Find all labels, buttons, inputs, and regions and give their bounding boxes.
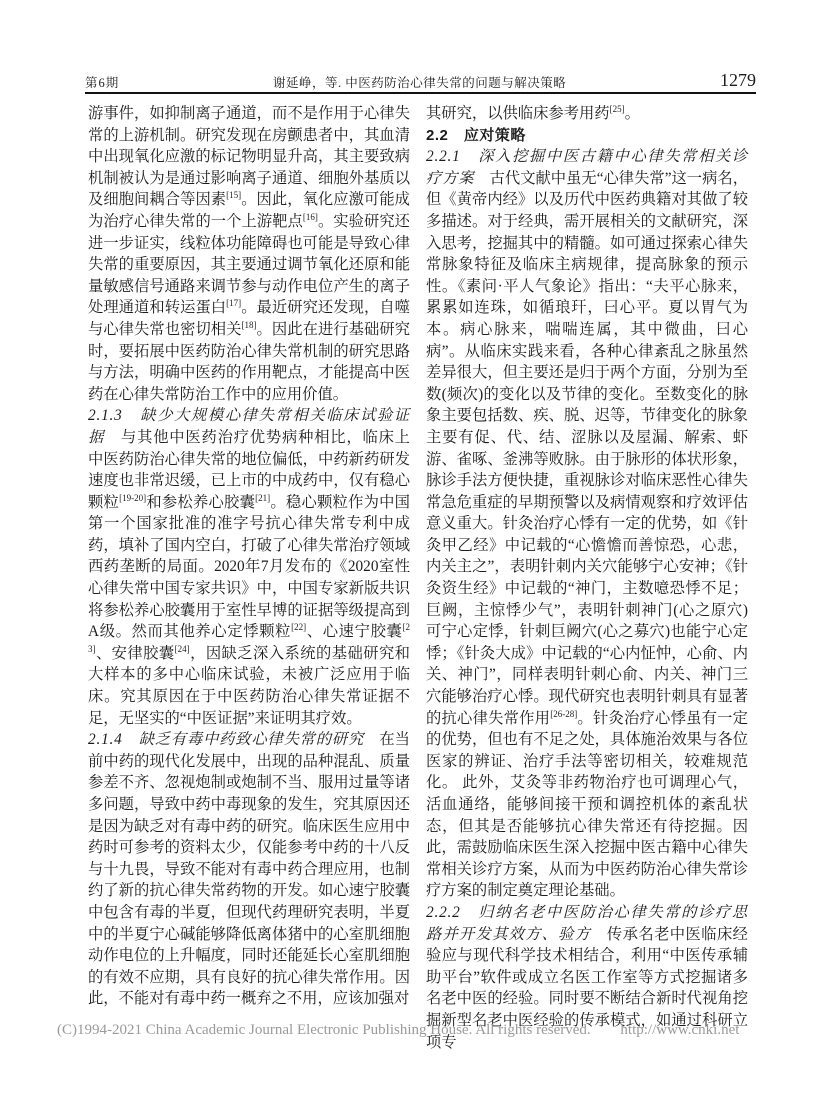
section-heading-run: 2.1.4 缺乏有毒中药致心律失常的研究: [88, 731, 364, 748]
issue-number: 第6期: [85, 73, 119, 91]
text-run: 其研究，以供临床参考用药: [426, 105, 610, 122]
text-run: 古代文献中虽无“心律失常”这一病名，但《黄帝内经》以及历代中医药典籍对其做了较多…: [426, 170, 748, 727]
reference-superscript: [21]: [255, 493, 270, 503]
text-run: 。稳心颗粒作为中国第一个国家批准的准字号抗心律失常专利中成药，填补了国内空白，打…: [88, 494, 410, 641]
running-title: 谢延峥，等. 中医药防治心律失常的问题与解决策略: [273, 73, 566, 91]
column-left: 游事件，如抑制离子通道，而不是作用于心律失常的上游机制。研究发现在房颤患者中，其…: [88, 103, 410, 1053]
copyright-notice: (C)1994-2021 China Academic Journal Elec…: [57, 1022, 591, 1038]
text-run: 在当前中药的现代化发展中，出现的品种混乱、质量参差不齐、忽视炮制或炮制不当、服用…: [88, 731, 410, 1007]
cnki-url: http://www.cnki.net: [620, 1022, 739, 1038]
reference-superscript: [18]: [242, 320, 257, 330]
paragraph: 2.1.4 缺乏有毒中药致心律失常的研究 在当前中药的现代化发展中，出现的品种混…: [88, 729, 410, 1010]
paragraph: 其研究，以供临床参考用药[25]。: [426, 103, 748, 125]
page-number: 1279: [720, 70, 756, 91]
reference-superscript: [17]: [226, 298, 241, 308]
bold-heading-run: 2.2 应对策略: [426, 127, 526, 144]
reference-superscript: [26-28]: [550, 709, 577, 719]
cnki-footer: (C)1994-2021 China Academic Journal Elec…: [57, 1022, 767, 1039]
reference-superscript: [25]: [610, 104, 625, 114]
text-run: 和参松养心胶囊: [146, 494, 255, 511]
running-head: 第6期 谢延峥，等. 中医药防治心律失常的问题与解决策略 1279: [85, 70, 756, 91]
header-rule: [85, 92, 756, 94]
reference-superscript: [19-20]: [119, 493, 146, 503]
text-run: 、心速宁胶囊: [306, 623, 402, 640]
text-run: 。针灸治疗心悸虽有一定的优势，但也有不足之处，具体施治效果与各位医家的辨证、治疗…: [426, 710, 748, 900]
paragraph: 2.2.1 深入挖掘中医古籍中心律失常相关诊疗方案 古代文献中虽无“心律失常”这…: [426, 146, 748, 902]
journal-page: 第6期 谢延峥，等. 中医药防治心律失常的问题与解决策略 1279 游事件，如抑…: [0, 0, 816, 1099]
paragraph: 2.1.3 缺少大规模心律失常相关临床试验证据 与其他中医药治疗优势病种相比，临…: [88, 405, 410, 729]
reference-superscript: [16]: [303, 212, 318, 222]
column-right: 其研究，以供临床参考用药[25]。2.2 应对策略2.2.1 深入挖掘中医古籍中…: [426, 103, 748, 1053]
text-run: 、安律胶囊: [96, 645, 175, 662]
reference-superscript: [22]: [291, 622, 306, 632]
paragraph: 2.2 应对策略: [426, 125, 748, 147]
reference-superscript: [24]: [175, 644, 190, 654]
paragraph: 游事件，如抑制离子通道，而不是作用于心律失常的上游机制。研究发现在房颤患者中，其…: [88, 103, 410, 405]
two-column-body: 游事件，如抑制离子通道，而不是作用于心律失常的上游机制。研究发现在房颤患者中，其…: [88, 103, 748, 1053]
text-run: 。: [625, 105, 640, 122]
reference-superscript: [15]: [226, 190, 241, 200]
